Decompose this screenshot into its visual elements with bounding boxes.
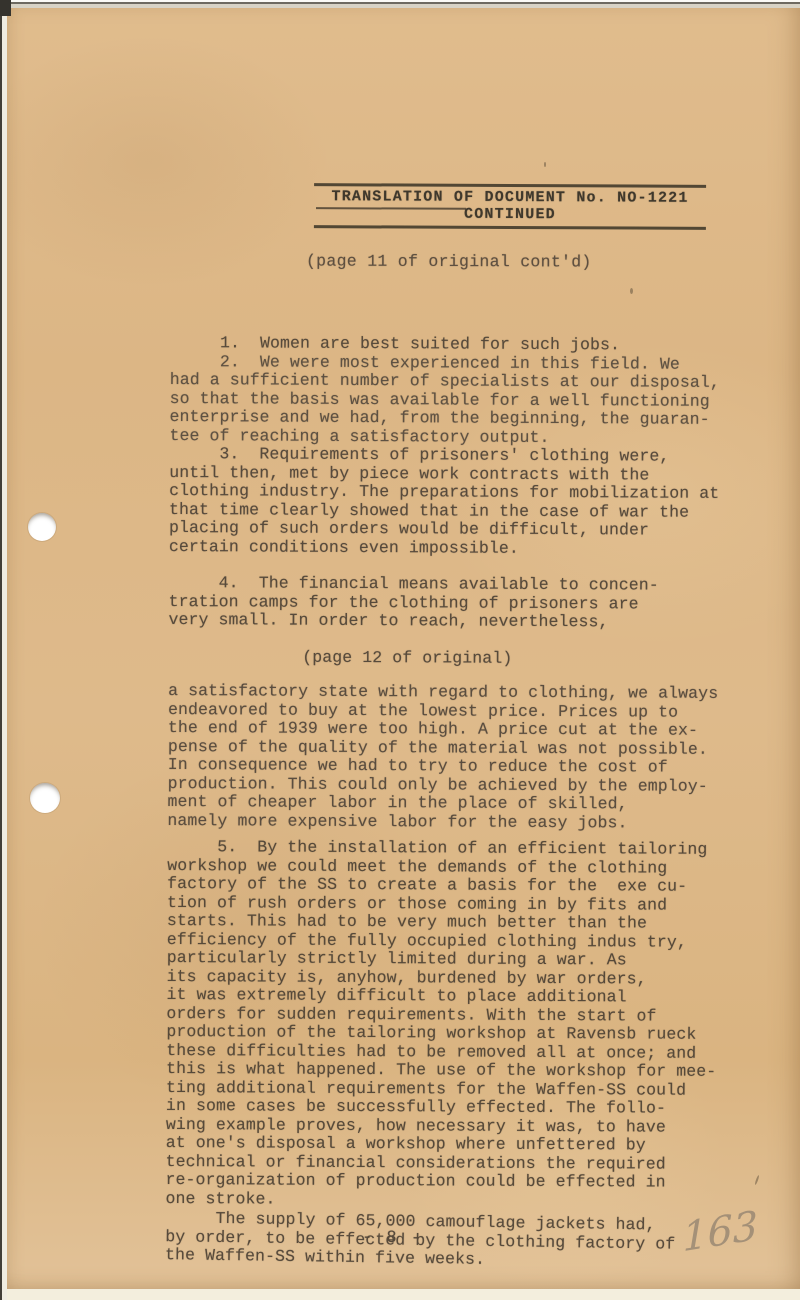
document-header-stamp: TRANSLATION OF DOCUMENT No. NO-1221 CONT… [314, 183, 706, 230]
para-5: 5. By the installation of an efficient t… [165, 838, 763, 1211]
page11-continuation-marker: (page 11 of original cont'd) [306, 252, 592, 272]
para-6: The supply of 65,000 camouflage jackets … [165, 1209, 762, 1273]
scanner-edge-left [0, 0, 7, 1300]
header-title-line: TRANSLATION OF DOCUMENT No. NO-1221 [314, 188, 706, 207]
para-3: 3. Requirements of prisoners' clothing w… [169, 445, 766, 559]
ink-speck [544, 162, 546, 167]
para-2: 2. We were most experienced in this fiel… [169, 352, 765, 448]
punch-hole-top [28, 513, 56, 541]
para-4-continued: a satisfactory state with regard to clot… [167, 682, 764, 833]
scanner-corner-notch [0, 0, 11, 16]
scanned-document-page: TRANSLATION OF DOCUMENT No. NO-1221 CONT… [0, 0, 800, 1300]
page12-marker: (page 12 of original) [302, 648, 764, 669]
scanner-edge-top [0, 0, 800, 8]
document-body: 1. Women are best suited for such jobs. … [165, 334, 766, 1271]
punch-hole-bottom [30, 783, 60, 813]
scanner-edge-bottom [0, 1289, 800, 1300]
typed-page-number: - 8 - [362, 1229, 423, 1249]
ink-speck [630, 288, 633, 294]
para-4: 4. The financial means available to conc… [168, 574, 764, 633]
paper-sheet: TRANSLATION OF DOCUMENT No. NO-1221 CONT… [6, 7, 800, 1290]
